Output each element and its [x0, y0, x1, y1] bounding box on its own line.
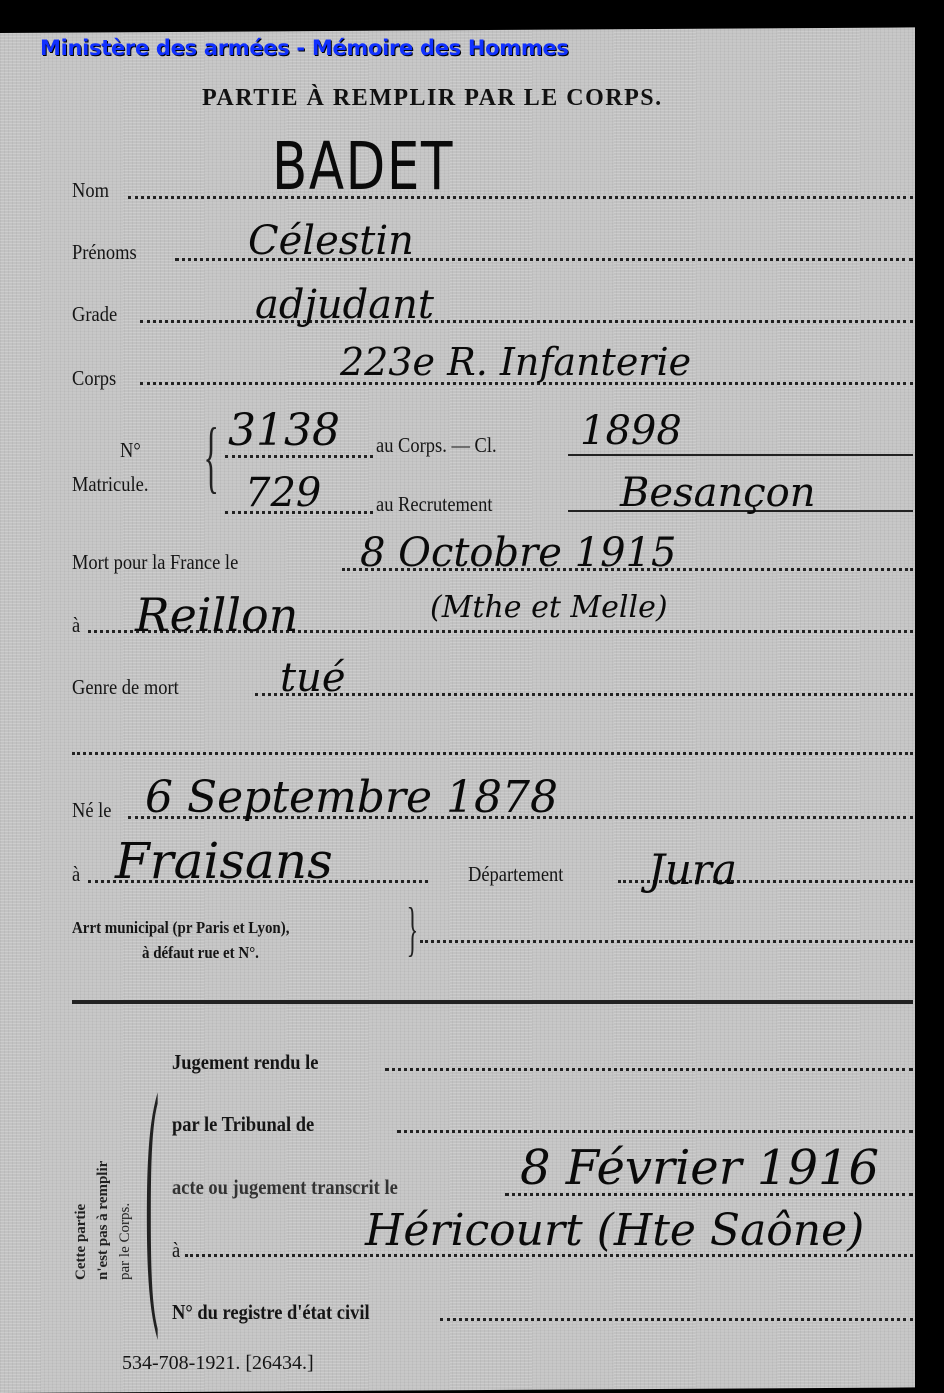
ne-lieu-value: Fraisans: [115, 832, 333, 890]
transcrit-lieu-label: à: [172, 1238, 180, 1263]
print-reference: 534-708-1921. [26434.]: [122, 1352, 314, 1375]
registre-label: N° du registre d'état civil: [172, 1300, 370, 1325]
matricule-brace: {: [204, 412, 219, 503]
ne-le-label: Né le: [72, 798, 112, 823]
jugement-rendu-line: [385, 1068, 913, 1071]
nom-value: BADET: [272, 128, 454, 205]
mort-lieu-value: Reillon: [135, 588, 298, 642]
ne-lieu-label: à: [72, 862, 80, 887]
recrutement-place: Besançon: [620, 470, 815, 516]
mort-lieu-note: (Mthe et Melle): [430, 590, 668, 625]
arrondissement-line: [420, 940, 913, 943]
transcrit-label: acte ou jugement transcrit le: [172, 1175, 398, 1200]
registre-line: [440, 1318, 913, 1321]
matricule-corps-number: 3138: [228, 405, 340, 456]
arrondissement-brace: }: [407, 895, 419, 964]
tribunal-label: par le Tribunal de: [172, 1112, 314, 1137]
transcrit-value: 8 Février 1916: [520, 1140, 879, 1196]
matricule-no-label: N°: [120, 438, 141, 463]
side-note: Cette partie n'est pas à remplir par le …: [70, 1161, 136, 1280]
blank-line: [72, 752, 913, 755]
grade-value: adjudant: [255, 282, 434, 328]
grade-label: Grade: [72, 302, 117, 327]
jugement-bracket: (: [145, 1040, 159, 1352]
matricule-recrutement-label: au Recrutement: [376, 492, 492, 517]
corps-value: 223e R. Infanterie: [340, 340, 691, 384]
matricule-label: Matricule.: [72, 472, 148, 497]
genre-mort-label: Genre de mort: [72, 675, 179, 700]
ne-le-value: 6 Septembre 1878: [145, 772, 558, 823]
genre-mort-value: tué: [280, 655, 346, 701]
mort-date-value: 8 Octobre 1915: [360, 530, 676, 576]
arrondissement-label-1: Arrt municipal (pr Paris et Lyon),: [72, 918, 289, 938]
nom-line: [128, 196, 913, 199]
source-watermark: Ministère des armées - Mémoire des Homme…: [40, 36, 569, 60]
jugement-rendu-label: Jugement rendu le: [172, 1050, 318, 1075]
mort-date-label: Mort pour la France le: [72, 550, 238, 575]
transcrit-lieu-value: Héricourt (Hte Saône): [365, 1205, 864, 1256]
matricule-recrutement-number: 729: [245, 470, 321, 516]
departement-label: Département: [468, 862, 563, 887]
nom-label: Nom: [72, 178, 109, 203]
section-separator: [72, 1000, 913, 1004]
arrondissement-label-2: à défaut rue et N°.: [142, 943, 259, 963]
corps-label: Corps: [72, 366, 116, 391]
departement-value: Jura: [648, 845, 737, 894]
genre-mort-line: [255, 693, 913, 696]
tribunal-line: [397, 1130, 913, 1133]
classe-value: 1898: [580, 408, 682, 454]
prenoms-label: Prénoms: [72, 240, 137, 265]
matricule-corps-label: au Corps. — Cl.: [376, 433, 497, 458]
form-header: PARTIE À REMPLIR PAR LE CORPS.: [202, 85, 663, 112]
mort-lieu-label: à: [72, 613, 80, 638]
classe-line: [568, 454, 913, 456]
prenoms-value: Célestin: [248, 218, 414, 264]
